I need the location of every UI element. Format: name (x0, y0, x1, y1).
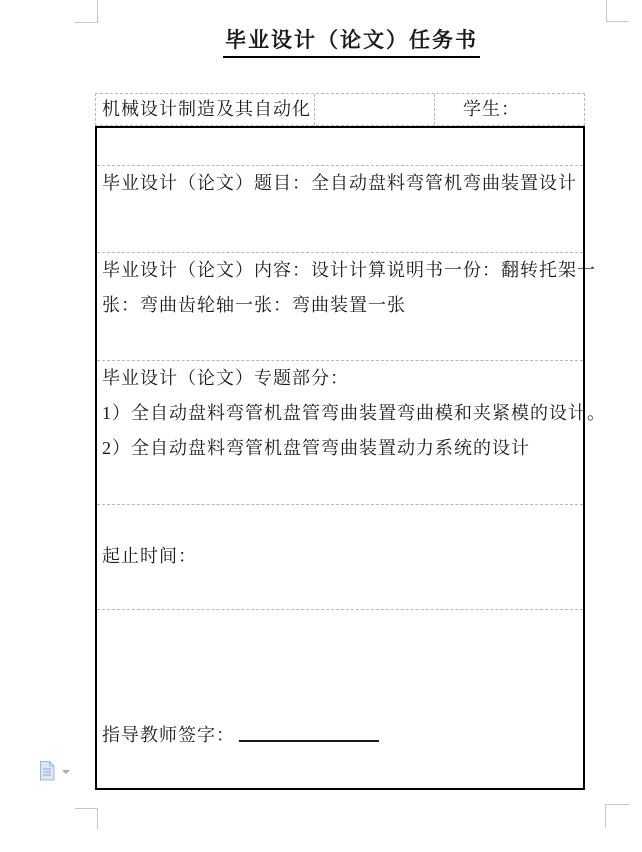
content-row: 毕业设计（论文）内容：设计计算说明书一份：翻转托架一 张：弯曲齿轮轴一张：弯曲装… (97, 253, 583, 361)
major-cell: 机械设计制造及其自动化 (96, 94, 314, 125)
special-topic-row: 毕业设计（论文）专题部分： 1）全自动盘料弯管机盘管弯曲装置弯曲模和夹紧模的设计… (97, 361, 583, 505)
content-line-2: 张：弯曲齿轮轴一张：弯曲装置一张 (102, 288, 578, 323)
document-title: 毕业设计（论文）任务书 (223, 24, 480, 58)
time-label: 起止时间： (102, 539, 578, 574)
empty-row (97, 128, 583, 166)
chevron-down-icon[interactable] (62, 770, 70, 774)
task-form-table: 毕业设计（论文）题目：全自动盘料弯管机弯曲装置设计 毕业设计（论文）内容：设计计… (95, 126, 585, 790)
text-boundary-mark-top-left (75, 0, 98, 23)
content-line-1: 毕业设计（论文）内容：设计计算说明书一份：翻转托架一 (102, 253, 578, 288)
paste-options-button[interactable] (38, 760, 74, 784)
text-boundary-mark-bottom-left (75, 808, 98, 829)
text-boundary-mark-bottom-right (605, 804, 629, 828)
signature-blank-line[interactable] (239, 722, 379, 742)
text-boundary-mark-top-right (606, 0, 629, 22)
special-topic-item-1: 1）全自动盘料弯管机盘管弯曲装置弯曲模和夹紧模的设计。 (102, 396, 578, 431)
topic-row: 毕业设计（论文）题目：全自动盘料弯管机弯曲装置设计 (97, 166, 583, 253)
special-topic-heading: 毕业设计（论文）专题部分： (102, 361, 578, 396)
special-topic-item-2: 2）全自动盘料弯管机盘管弯曲装置动力系统的设计 (102, 431, 578, 466)
topic-text: 毕业设计（论文）题目：全自动盘料弯管机弯曲装置设计 (102, 166, 578, 201)
title-row: 毕业设计（论文）任务书 (97, 24, 606, 58)
empty-cell (314, 94, 434, 125)
signature-row: 指导教师签字： (97, 610, 583, 788)
header-table-row: 机械设计制造及其自动化 学生： (95, 93, 585, 126)
word-document-page: 毕业设计（论文）任务书 机械设计制造及其自动化 学生： 毕业设计（论文）题目：全… (0, 0, 642, 852)
paste-options-icon (38, 760, 57, 782)
student-label-cell: 学生： (434, 94, 584, 125)
time-row: 起止时间： (97, 505, 583, 610)
signature-label: 指导教师签字： (102, 725, 235, 745)
